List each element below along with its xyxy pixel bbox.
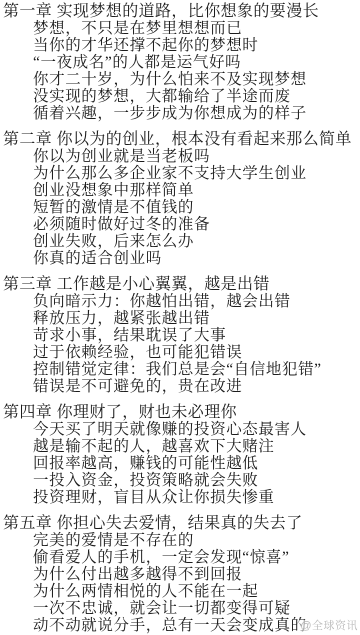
- chapter-item: 错误是不可避免的，贵在改进: [3, 378, 360, 395]
- chapter-item: 创业没想象中那样简单: [3, 182, 360, 199]
- chapter-section: 第五章 你担心失去爱情，结果真的失去了完美的爱情是不存在的偷看爱人的手机，一定会…: [3, 515, 360, 634]
- toc-page: 第一章 实现梦想的道路，比你想象的要漫长梦想，不只是在梦里想想而已当你的才华还撑…: [0, 0, 360, 635]
- chapter-title: 第三章 工作越是小心翼翼，越是出错: [3, 276, 360, 293]
- chapter-item: 今天买了明天就像赚的投资心态最害人: [3, 421, 360, 438]
- chapter-item: 梦想，不只是在梦里想想而已: [3, 20, 360, 37]
- chapter-item: 短暂的激情是不值钱的: [3, 199, 360, 216]
- chapter-item: 没实现的梦想，大都输给了半途而废: [3, 88, 360, 105]
- chapter-item: 一投入资金，投资策略就会失败: [3, 472, 360, 489]
- watermark: @全球资讯: [298, 620, 358, 632]
- chapter-item: 过于依赖经验，也可能犯错误: [3, 344, 360, 361]
- chapter-item: 你才二十岁，为什么怕来不及实现梦想: [3, 71, 360, 88]
- chapter-title: 第二章 你以为的创业，根本没有看起来那么简单: [3, 131, 360, 148]
- watermark-text: @全球资讯: [300, 620, 358, 632]
- chapter-item: 投资理财，盲目从众让你损失惨重: [3, 489, 360, 506]
- chapter-item: 回报率越高，赚钱的可能性越低: [3, 455, 360, 472]
- chapter-item: 为什么那么多企业家不支持大学生创业: [3, 165, 360, 182]
- chapter-section: 第三章 工作越是小心翼翼，越是出错负向暗示力：你越怕出错，越会出错释放压力，越紧…: [3, 276, 360, 395]
- chapter-item: 必须随时做好过冬的准备: [3, 216, 360, 233]
- chapter-list: 第一章 实现梦想的道路，比你想象的要漫长梦想，不只是在梦里想想而已当你的才华还撑…: [0, 0, 360, 634]
- chapter-item: 越是输不起的人，越喜欢下大赌注: [3, 438, 360, 455]
- chapter-item: 你以为创业就是当老板吗: [3, 148, 360, 165]
- chapter-item: 完美的爱情是不存在的: [3, 532, 360, 549]
- chapter-item: 为什么两情相悦的人不能在一起: [3, 583, 360, 600]
- chapter-item: 偷看爱人的手机，一定会发现“惊喜”: [3, 549, 360, 566]
- chapter-title: 第五章 你担心失去爱情，结果真的失去了: [3, 515, 360, 532]
- chapter-section: 第四章 你理财了，财也未必理你今天买了明天就像赚的投资心态最害人越是输不起的人，…: [3, 404, 360, 506]
- chapter-section: 第二章 你以为的创业，根本没有看起来那么简单你以为创业就是当老板吗为什么那么多企…: [3, 131, 360, 267]
- chapter-item: 创业失败，后来怎么办: [3, 233, 360, 250]
- chapter-item: “一夜成名”的人都是运气好吗: [3, 54, 360, 71]
- chapter-section: 第一章 实现梦想的道路，比你想象的要漫长梦想，不只是在梦里想想而已当你的才华还撑…: [3, 3, 360, 122]
- chapter-item: 负向暗示力：你越怕出错，越会出错: [3, 293, 360, 310]
- chapter-title: 第四章 你理财了，财也未必理你: [3, 404, 360, 421]
- chapter-item: 释放压力，越紧张越出错: [3, 310, 360, 327]
- chapter-item: 苛求小事，结果耽误了大事: [3, 327, 360, 344]
- chapter-item: 一次不忠诚，就会让一切都变得可疑: [3, 600, 360, 617]
- chapter-item: 循着兴趣，一步步成为你想成为的样子: [3, 105, 360, 122]
- chapter-item: 你真的适合创业吗: [3, 250, 360, 267]
- chapter-item: 控制错觉定律：我们总是会“自信地犯错”: [3, 361, 360, 378]
- chapter-item: 为什么付出越多越得不到回报: [3, 566, 360, 583]
- chapter-item: 当你的才华还撑不起你的梦想时: [3, 37, 360, 54]
- chapter-title: 第一章 实现梦想的道路，比你想象的要漫长: [3, 3, 360, 20]
